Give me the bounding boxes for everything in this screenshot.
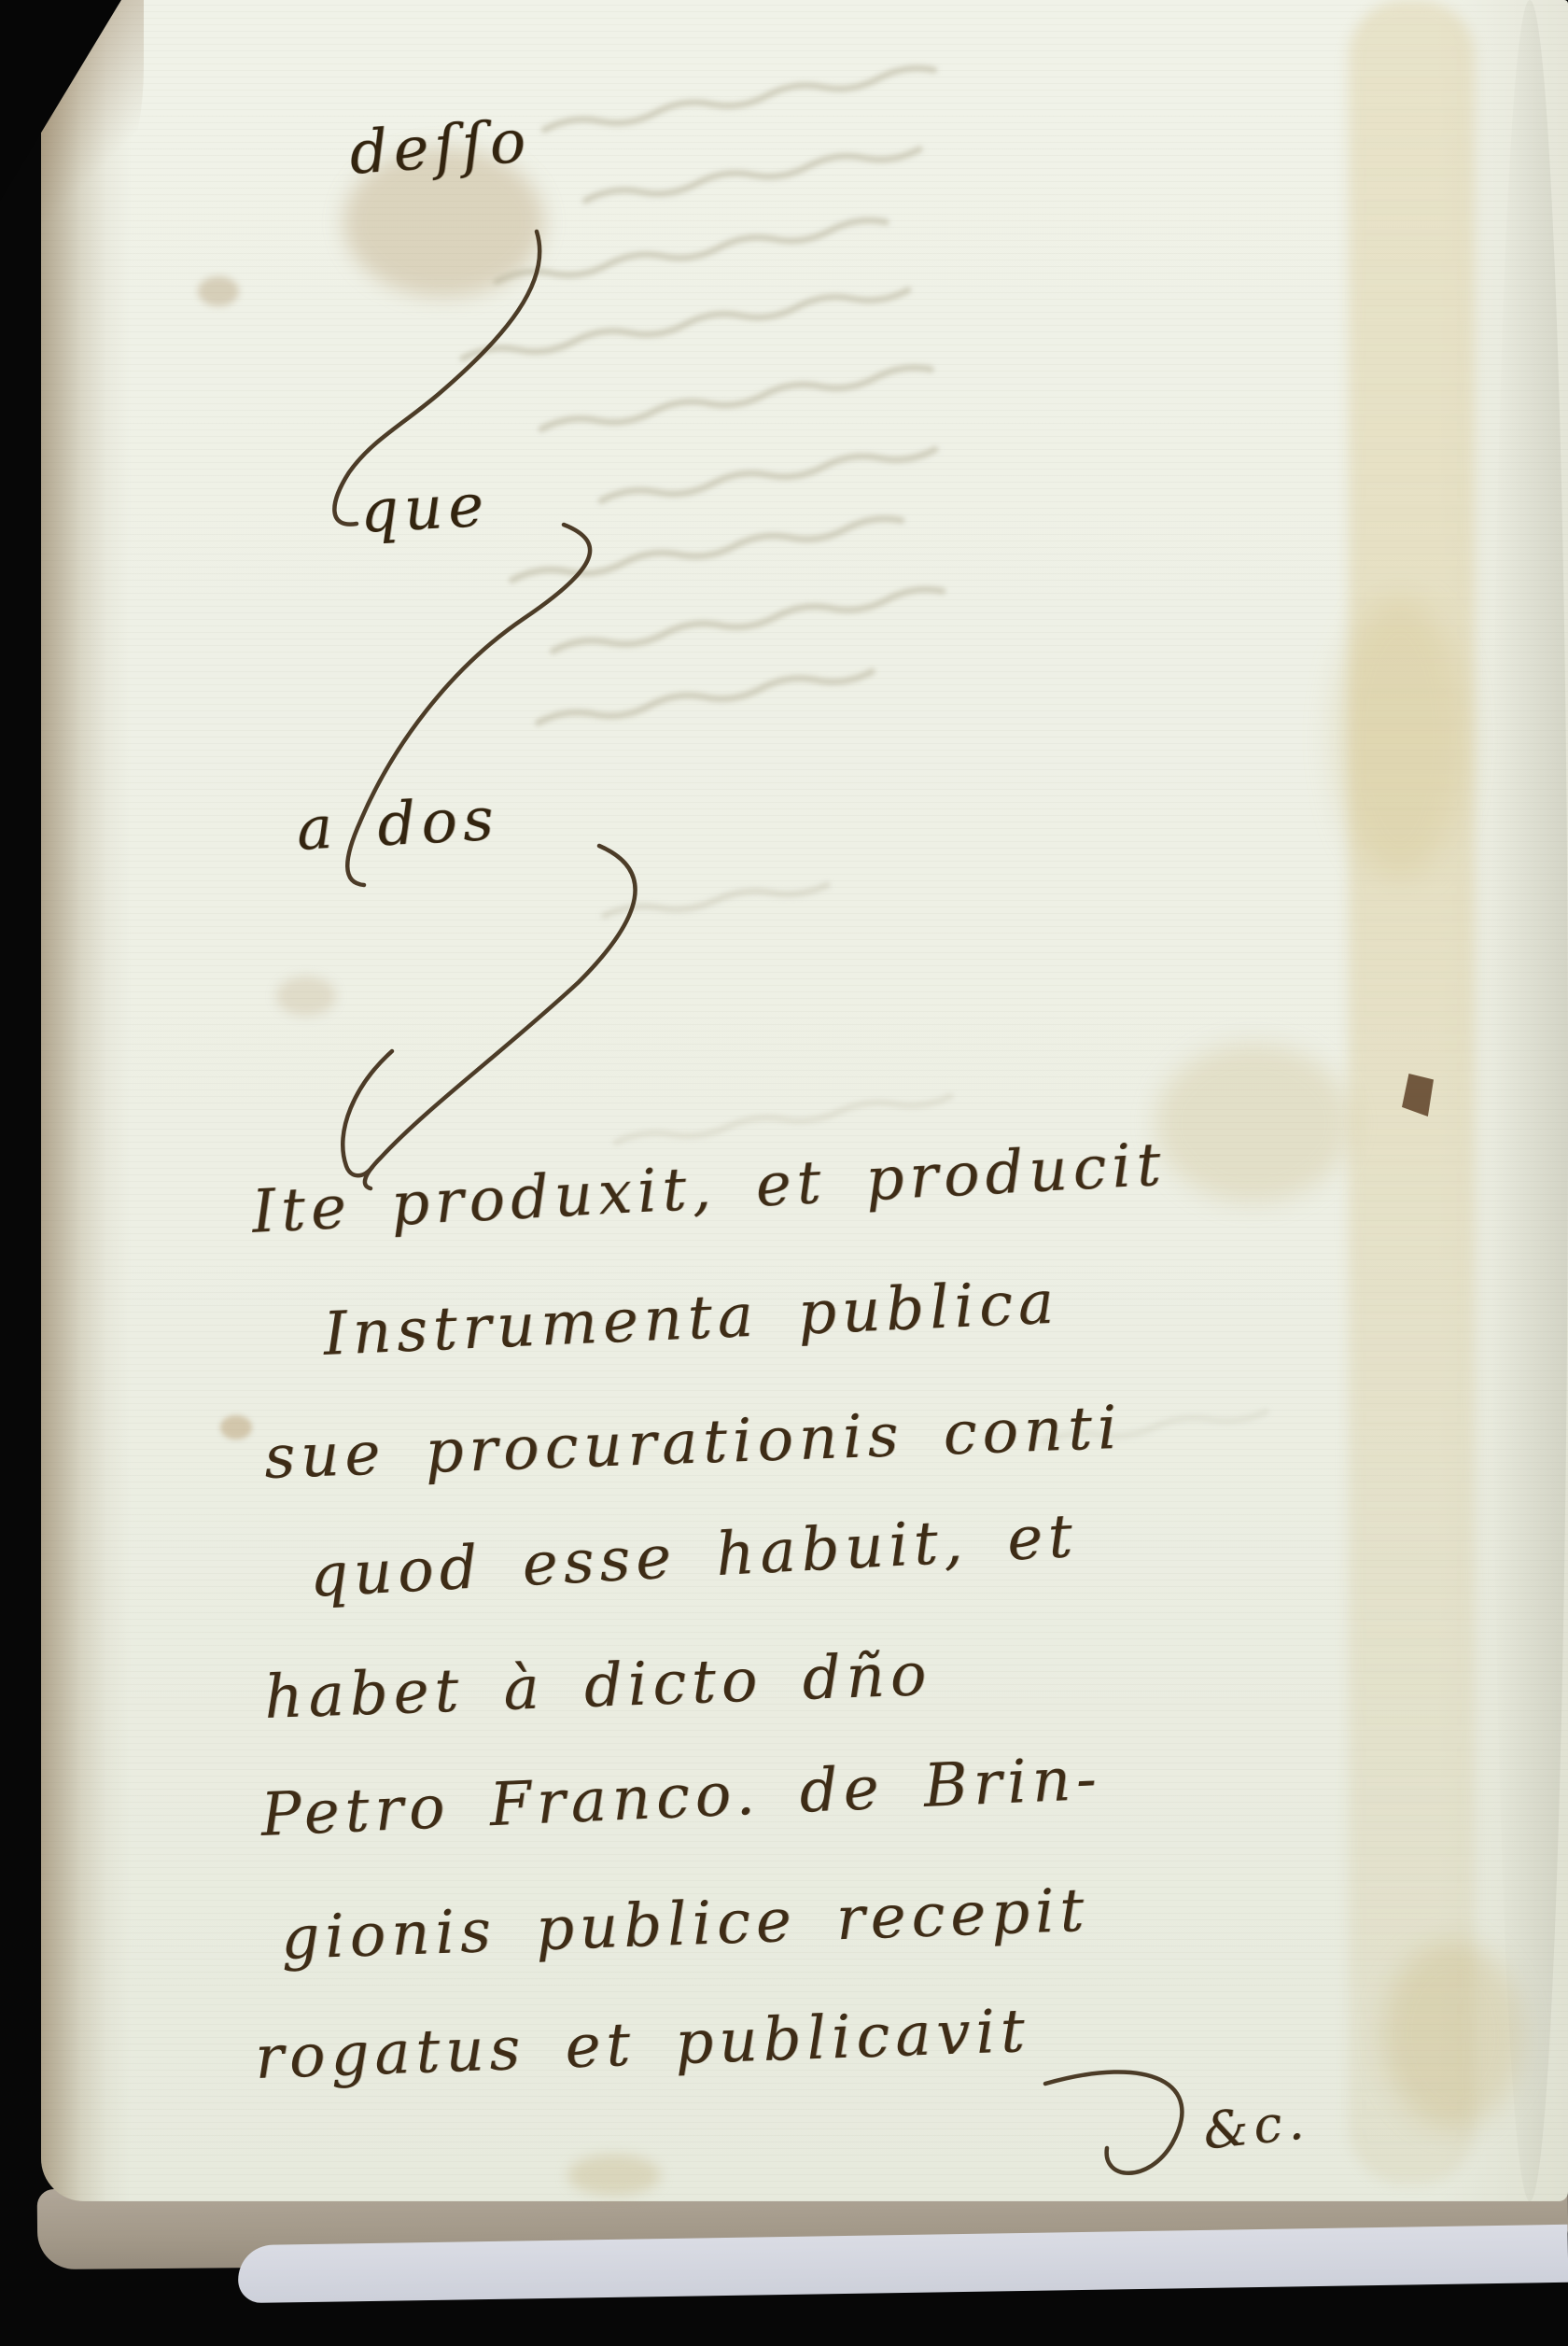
stain-dot	[198, 276, 239, 306]
etcetera-mark: &c.	[1200, 2091, 1311, 2161]
marginal-word-3: a dos	[295, 785, 500, 864]
scan-background: deſſo que a dos Ite produxit, et produci…	[0, 0, 1568, 2346]
stain-dot	[276, 976, 336, 1016]
right-edge-shadow	[1491, 0, 1568, 2201]
stain-dot	[567, 2155, 661, 2196]
page-left-edge	[41, 0, 131, 2201]
marginal-word-2: que	[358, 471, 491, 547]
stain-dot	[220, 1415, 252, 1440]
stain-blot	[1155, 1044, 1351, 1202]
marginal-word-1: deſſo	[347, 106, 533, 188]
